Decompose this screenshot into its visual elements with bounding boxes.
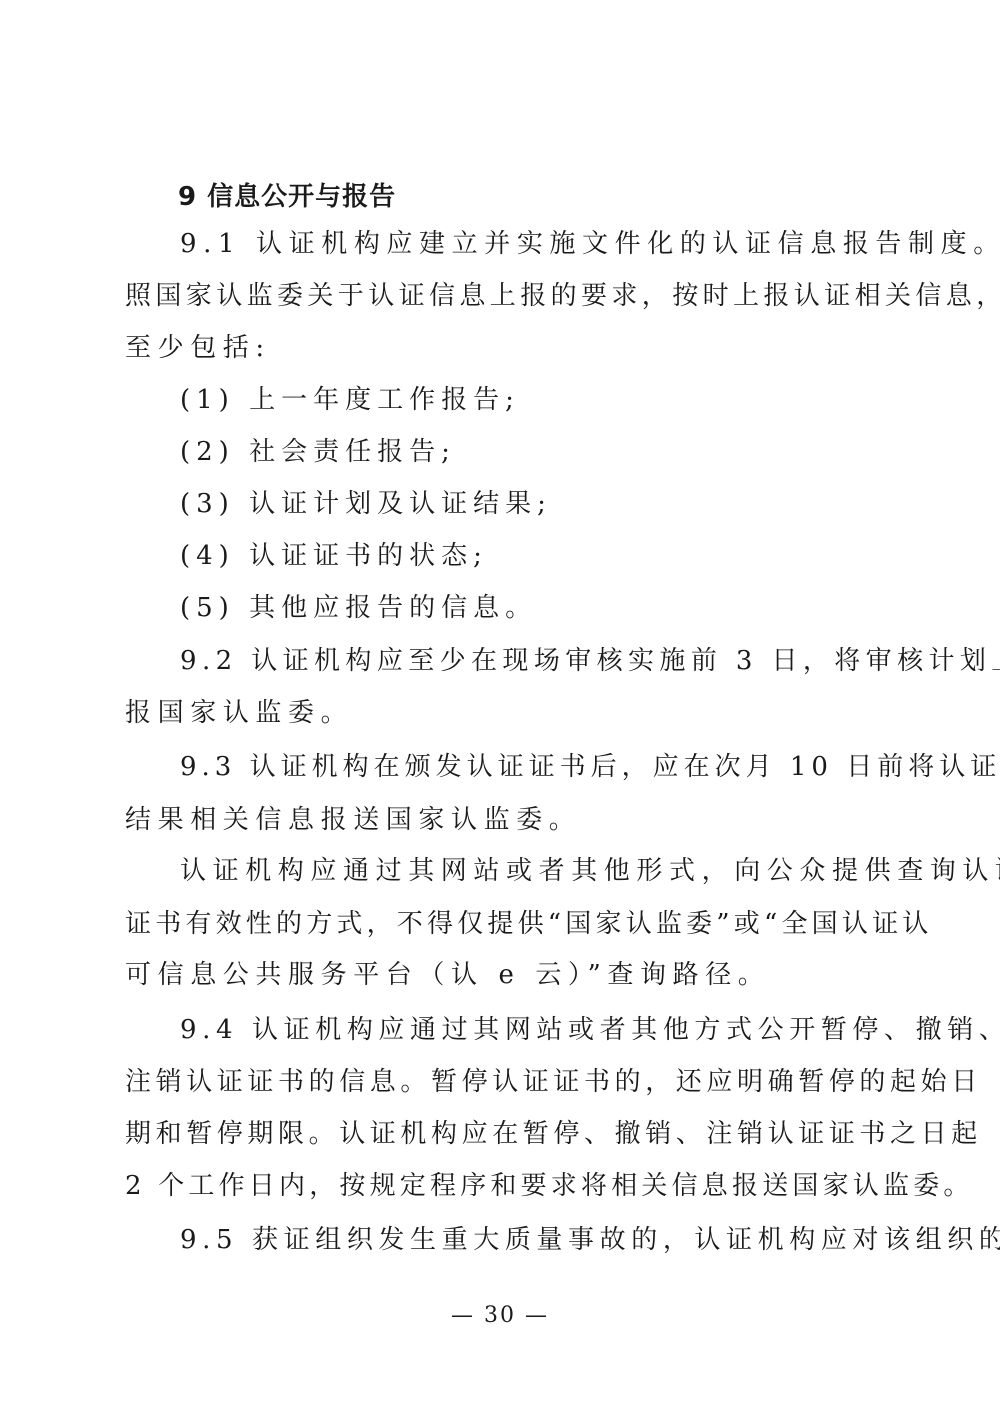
clause-line: 报国家认监委。 bbox=[125, 693, 885, 733]
clause-line: 注销认证证书的信息。暂停认证证书的，还应明确暂停的起始日 bbox=[125, 1062, 885, 1102]
clause-line: 可信息公共服务平台（认 e 云）”查询路径。 bbox=[125, 955, 885, 995]
list-item: (5) 其他应报告的信息。 bbox=[180, 588, 940, 628]
clause-line: 照国家认监委关于认证信息上报的要求，按时上报认证相关信息， bbox=[125, 276, 885, 316]
list-item: (4) 认证证书的状态; bbox=[180, 536, 940, 576]
clause-line: 9.2 认证机构应至少在现场审核实施前 3 日，将审核计划上 bbox=[180, 641, 940, 681]
list-item: (3) 认证计划及认证结果; bbox=[180, 484, 940, 524]
list-item: (2) 社会责任报告; bbox=[180, 432, 940, 472]
clause-line: 认证机构应通过其网站或者其他形式，向公众提供查询认证 bbox=[180, 851, 940, 891]
clause-line: 期和暂停期限。认证机构应在暂停、撤销、注销认证证书之日起 bbox=[125, 1114, 885, 1154]
clause-line: 9.3 认证机构在颁发认证证书后，应在次月 10 日前将认证 bbox=[180, 747, 940, 787]
list-item: (1) 上一年度工作报告; bbox=[180, 380, 940, 420]
clause-line: 至少包括: bbox=[125, 328, 885, 368]
clause-line: 2 个工作日内，按规定程序和要求将相关信息报送国家认监委。 bbox=[125, 1166, 885, 1206]
clause-line: 结果相关信息报送国家认监委。 bbox=[125, 800, 885, 840]
clause-line: 9.1 认证机构应建立并实施文件化的认证信息报告制度。按 bbox=[180, 224, 940, 264]
clause-line: 9.5 获证组织发生重大质量事故的，认证机构应对该组织的 bbox=[180, 1220, 940, 1260]
section-heading: 9 信息公开与报告 bbox=[178, 177, 938, 217]
clause-line: 证书有效性的方式，不得仅提供“国家认监委”或“全国认证认 bbox=[125, 904, 885, 944]
page-number: — 30 — bbox=[0, 1296, 1000, 1336]
clause-line: 9.4 认证机构应通过其网站或者其他方式公开暂停、撤销、 bbox=[180, 1010, 940, 1050]
